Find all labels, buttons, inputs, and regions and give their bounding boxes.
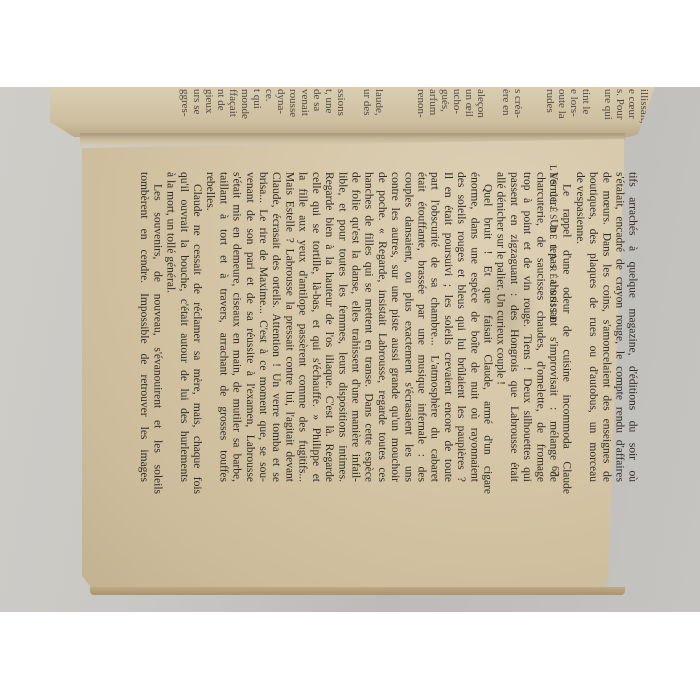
text-line: Il en était poursuivi ; les soleils crev… [441, 172, 454, 482]
text-line: de mœurs. Dans les coins, s'amoncelaient… [599, 172, 612, 482]
text-line: Quel bruit ! Et que faisait Claude, armé… [480, 172, 493, 494]
left-page-text: ur des [361, 89, 372, 116]
left-page-text: ssions [335, 89, 346, 116]
left-page-text: gués, [439, 89, 450, 112]
text-line: des soleils rouges et bleus qui lui brûl… [454, 172, 467, 482]
left-page-text: renon- [415, 89, 426, 118]
left-page-text: aleçon [475, 89, 486, 118]
text-line: tombèrent en cendre. Impossible de retro… [137, 172, 150, 482]
text-line: Claude ne cessait de réclamer sa mère, m… [190, 172, 203, 494]
text-line: boutiques, des plaques de rues ou d'auto… [586, 172, 599, 482]
left-page-fragment: illissait, e cœur s. Pour ure qui tint l… [50, 87, 655, 137]
left-page-text: ce. [263, 89, 274, 102]
left-page-text: t, une [323, 89, 334, 113]
text-line: rebelles. [203, 172, 216, 482]
text-line: était étouffante, brassée par une musiqu… [414, 172, 427, 482]
left-page-text: rousse [287, 89, 298, 117]
text-line: hanches de filles qui se mettent en tran… [361, 172, 374, 482]
left-page-text: nt de [215, 89, 226, 111]
left-page-text: un œil [463, 89, 474, 117]
left-page-text: dyna- [275, 89, 286, 114]
text-line: contre les autres, sur une piste aussi g… [388, 172, 401, 482]
left-page-text: laude, [373, 89, 384, 116]
left-page-text: illissait, [638, 89, 649, 124]
left-page-text: venait [299, 89, 310, 116]
text-line: énorme, dans une espèce de boîte de nuit… [467, 172, 480, 482]
text-line: Claude, écrasait des orteils. Attention … [269, 172, 282, 482]
text-line: Les souvenirs, de nouveau, s'évanouirent… [150, 172, 163, 494]
text-line: de folie qu'est la danse, elles trahisse… [348, 172, 361, 482]
text-line: charcuterie, de saucisses chaudes, d'ome… [533, 172, 546, 482]
text-line: part l'obscurité de sa chambre... L'atmo… [427, 172, 440, 482]
text-line: celle qui se tortille, là-bas, et qui s'… [309, 172, 322, 482]
text-line: s'étalait, encadré de crayon rouge, le c… [612, 172, 625, 482]
left-page-text: tint le [580, 89, 591, 114]
left-page-text: ffaçait [227, 89, 238, 117]
left-page-text: s. Pour [614, 89, 625, 120]
text-line: trop à point et de vin rouge. Tiens ! De… [520, 172, 533, 482]
text-line: allé dénicher sur le palier. Un curieux … [493, 172, 506, 482]
text-line: Le rappel d'une odeur de cuisine incommo… [560, 172, 573, 494]
left-page-text: ure qui [602, 89, 613, 120]
text-line: venant de son pari et de sa réussite à l… [243, 172, 256, 482]
left-page-text: rudes [544, 89, 555, 113]
photo-canvas: illissait, e cœur s. Pour ure qui tint l… [0, 0, 700, 700]
left-page-text: s créa- [512, 89, 523, 118]
left-page-text: e cœur [626, 89, 637, 119]
left-page-text: t qui [251, 89, 262, 109]
text-line: Regarde bien à la hauteur de l'os iliaqu… [322, 172, 335, 482]
left-page-text: ggres- [179, 89, 190, 117]
text-line: passent en zigzaguant : des Hongrois que… [507, 172, 520, 482]
left-page-text: ucho- [451, 89, 462, 114]
page-edge [90, 587, 625, 595]
text-line: brisa... Le rire de Maxime... C'est à ce… [256, 172, 269, 482]
left-page-text: de sa [311, 89, 322, 111]
text-line: s'était mis en demeure, ciseaux en main,… [229, 172, 242, 482]
text-line: de vespasienne. [573, 172, 586, 482]
text-line: à la mort, un tollé général. [163, 172, 176, 482]
left-page-text: oute la [556, 89, 567, 119]
left-page-text: urs se [191, 89, 202, 114]
text-line: Vernier. Un repas ahurissant s'improvisa… [546, 172, 559, 482]
page-body-text: tifs arrachés à quelque magazine, d'édit… [137, 172, 639, 482]
left-page-text: gieux [203, 89, 214, 113]
left-page-text: monde [239, 89, 250, 119]
left-page-text: arfum [427, 89, 438, 115]
text-line: Mais Estelle ? Labrousse la pressait con… [282, 172, 295, 482]
text-line: qu'il ouvrait la bouche, c'était autour … [177, 172, 190, 482]
left-page-text: e lors- [568, 89, 579, 117]
text-line: tifs arrachés à quelque magazine, d'édit… [626, 172, 639, 482]
text-line: de poche. « Regarde, insistait Labrousse… [375, 172, 388, 482]
text-line: la fille aux yeux d'antilope passèrent c… [295, 172, 308, 482]
left-page-text: ère en [500, 89, 511, 116]
text-line: couples dansaient, ou plus exactement s'… [401, 172, 414, 482]
text-line: taillant à tort et à travers, arrachant … [216, 172, 229, 482]
text-line: lible, et pour toutes les femmes, leurs … [335, 172, 348, 482]
